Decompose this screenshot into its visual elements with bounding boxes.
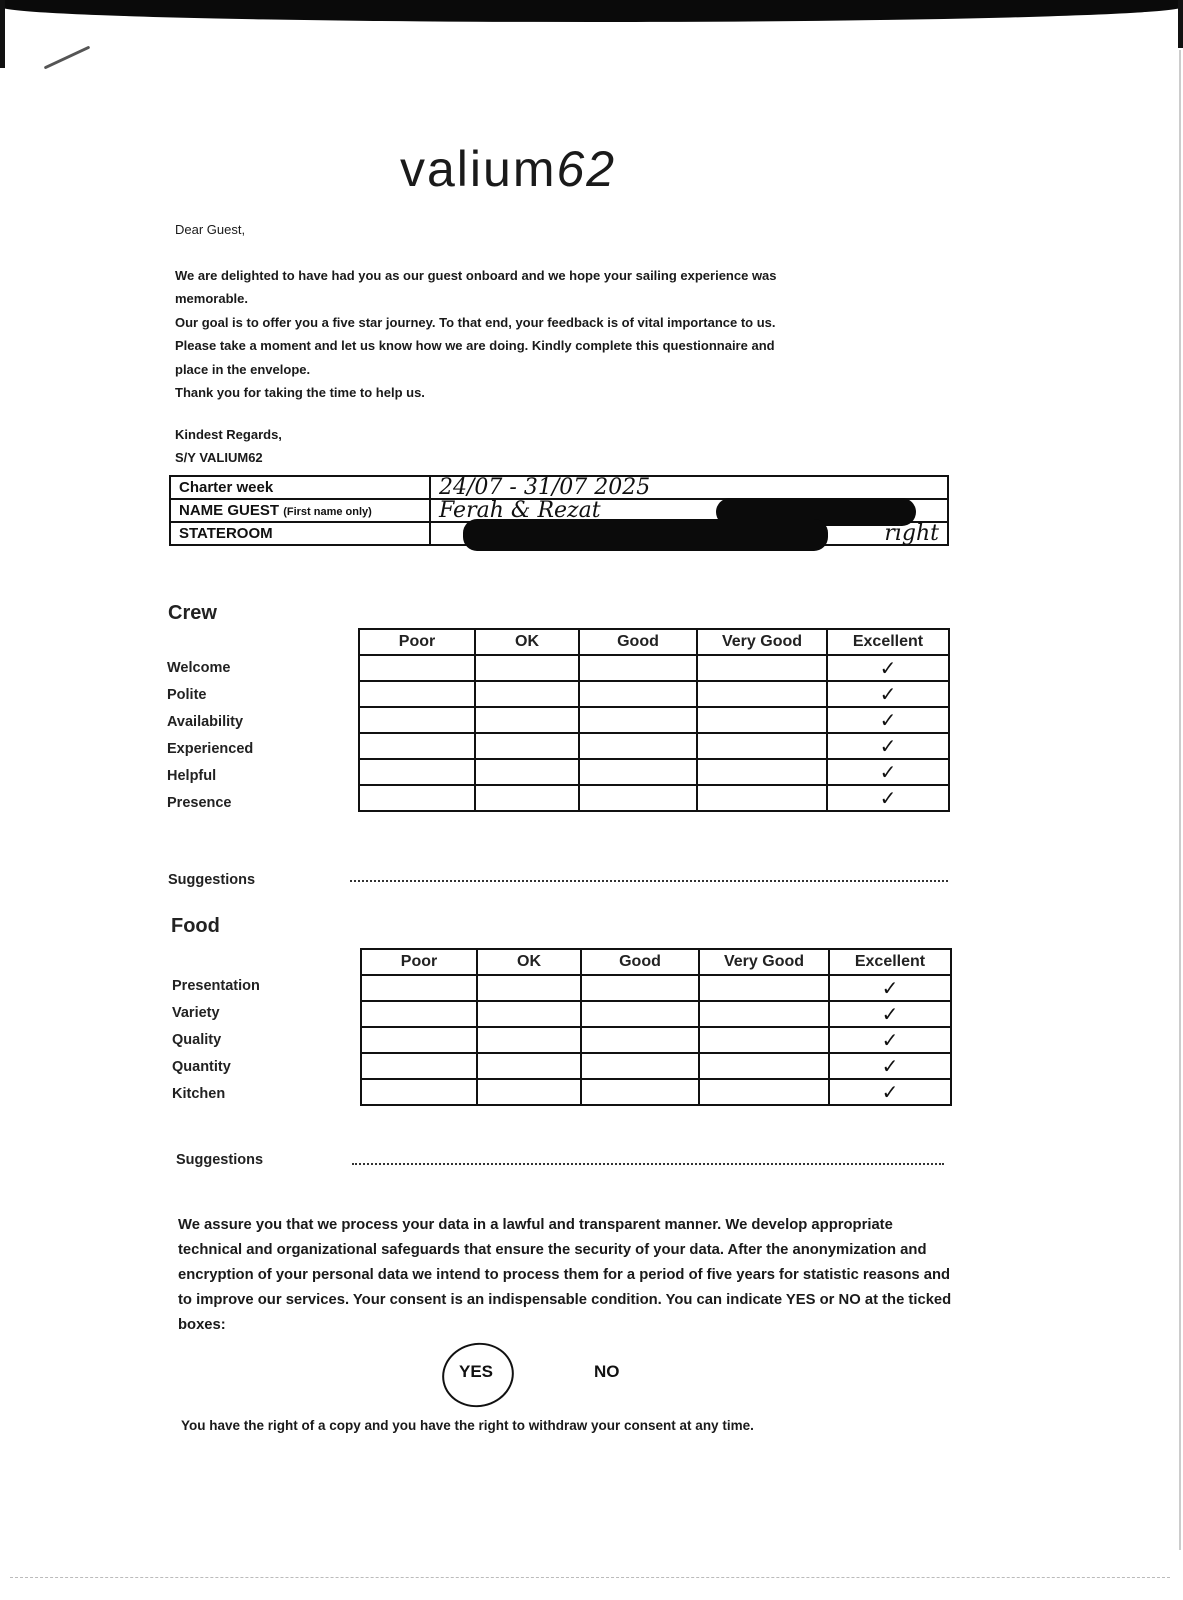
crew-rating-row: ✓ xyxy=(359,785,949,811)
food-rating-cell-ok[interactable] xyxy=(477,975,581,1001)
checkmark-icon: ✓ xyxy=(882,1080,899,1104)
food-rating-cell-poor[interactable] xyxy=(361,1001,477,1027)
stateroom-field[interactable]: right xyxy=(430,522,948,545)
col-good: Good xyxy=(581,949,699,975)
letter-line: memorable. xyxy=(175,287,915,311)
col-poor: Poor xyxy=(361,949,477,975)
crew-rating-cell-very-good[interactable] xyxy=(697,759,827,785)
food-rating-cell-good[interactable] xyxy=(581,1053,699,1079)
checkmark-icon: ✓ xyxy=(880,734,897,758)
checkmark-icon: ✓ xyxy=(880,656,897,680)
logo-text: valium xyxy=(400,141,556,197)
food-rating-cell-very-good[interactable] xyxy=(699,1079,829,1105)
letter-line: Our goal is to offer you a five star jou… xyxy=(175,311,915,335)
food-rating-row: ✓ xyxy=(361,1053,951,1079)
food-section-title: Food xyxy=(171,915,220,938)
crew-rating-cell-very-good[interactable] xyxy=(697,733,827,759)
checkmark-icon: ✓ xyxy=(882,1028,899,1052)
crew-rating-table: Poor OK Good Very Good Excellent ✓✓✓✓✓✓ xyxy=(358,628,950,812)
crew-rating-cell-excellent[interactable]: ✓ xyxy=(827,681,949,707)
col-excellent: Excellent xyxy=(829,949,951,975)
scan-edge-left xyxy=(0,0,5,68)
food-rating-cell-very-good[interactable] xyxy=(699,1053,829,1079)
food-rating-cell-ok[interactable] xyxy=(477,1027,581,1053)
col-good: Good xyxy=(579,629,697,655)
brand-logo: valium62 xyxy=(400,140,690,198)
crew-rating-cell-poor[interactable] xyxy=(359,681,475,707)
food-label: Variety xyxy=(172,1000,260,1027)
food-rating-row: ✓ xyxy=(361,1001,951,1027)
crew-suggestions-field[interactable] xyxy=(350,880,948,882)
col-very-good: Very Good xyxy=(697,629,827,655)
checkmark-icon: ✓ xyxy=(882,1054,899,1078)
food-rating-table: Poor OK Good Very Good Excellent ✓✓✓✓✓ xyxy=(360,948,952,1106)
crew-rating-cell-excellent[interactable]: ✓ xyxy=(827,785,949,811)
crew-rating-row: ✓ xyxy=(359,759,949,785)
crew-rating-cell-excellent[interactable]: ✓ xyxy=(827,733,949,759)
signature: S/Y VALIUM62 xyxy=(175,446,915,470)
food-label: Presentation xyxy=(172,973,260,1000)
crew-rating-row: ✓ xyxy=(359,707,949,733)
crew-rating-cell-ok[interactable] xyxy=(475,759,579,785)
checkmark-icon: ✓ xyxy=(882,1002,899,1026)
crew-rating-cell-very-good[interactable] xyxy=(697,681,827,707)
food-rating-cell-excellent[interactable]: ✓ xyxy=(829,1027,951,1053)
col-ok: OK xyxy=(475,629,579,655)
food-suggestions-label: Suggestions xyxy=(176,1152,263,1168)
food-rating-cell-poor[interactable] xyxy=(361,1053,477,1079)
charter-week-field[interactable]: 24/07 - 31/07 2025 xyxy=(430,476,948,499)
logo-suffix: 62 xyxy=(556,141,616,197)
crew-rating-cell-good[interactable] xyxy=(579,785,697,811)
checkmark-icon: ✓ xyxy=(880,786,897,810)
food-rating-cell-excellent[interactable]: ✓ xyxy=(829,1079,951,1105)
crew-rating-cell-ok[interactable] xyxy=(475,733,579,759)
food-suggestions-field[interactable] xyxy=(352,1163,944,1165)
guest-info-table: Charter week 24/07 - 31/07 2025 NAME GUE… xyxy=(169,475,949,546)
food-rating-cell-poor[interactable] xyxy=(361,1079,477,1105)
crew-rating-cell-ok[interactable] xyxy=(475,681,579,707)
food-rating-cell-good[interactable] xyxy=(581,1001,699,1027)
crew-rating-cell-ok[interactable] xyxy=(475,785,579,811)
crew-label: Availability xyxy=(167,709,253,736)
name-guest-label: NAME GUEST (First name only) xyxy=(170,499,430,522)
food-rating-cell-very-good[interactable] xyxy=(699,1027,829,1053)
crew-rating-cell-good[interactable] xyxy=(579,733,697,759)
food-rating-row: ✓ xyxy=(361,1027,951,1053)
crew-suggestions-label: Suggestions xyxy=(168,872,255,888)
closing: Kindest Regards, xyxy=(175,423,915,447)
food-rating-cell-poor[interactable] xyxy=(361,1027,477,1053)
food-rating-cell-ok[interactable] xyxy=(477,1053,581,1079)
food-label: Kitchen xyxy=(172,1081,260,1108)
food-rating-cell-excellent[interactable]: ✓ xyxy=(829,1053,951,1079)
crew-rating-cell-poor[interactable] xyxy=(359,707,475,733)
crew-rating-cell-good[interactable] xyxy=(579,681,697,707)
stateroom-label: STATEROOM xyxy=(170,522,430,545)
stateroom-value: right xyxy=(884,521,939,546)
crew-rating-cell-good[interactable] xyxy=(579,759,697,785)
food-label: Quality xyxy=(172,1027,260,1054)
name-guest-note: (First name only) xyxy=(283,506,372,518)
crew-rating-cell-ok[interactable] xyxy=(475,655,579,681)
crew-section-title: Crew xyxy=(168,602,217,625)
food-rating-cell-good[interactable] xyxy=(581,975,699,1001)
col-ok: OK xyxy=(477,949,581,975)
crew-rating-cell-very-good[interactable] xyxy=(697,707,827,733)
salutation: Dear Guest, xyxy=(175,218,915,242)
pen-mark xyxy=(44,46,91,70)
redaction-mark xyxy=(463,519,828,551)
crew-rating-row: ✓ xyxy=(359,733,949,759)
intro-letter: Dear Guest, We are delighted to have had… xyxy=(175,218,915,470)
food-rating-cell-ok[interactable] xyxy=(477,1079,581,1105)
crew-rating-row: ✓ xyxy=(359,655,949,681)
crew-label: Polite xyxy=(167,682,253,709)
food-label: Quantity xyxy=(172,1054,260,1081)
col-poor: Poor xyxy=(359,629,475,655)
crew-label: Welcome xyxy=(167,655,253,682)
crew-rating-cell-excellent[interactable]: ✓ xyxy=(827,707,949,733)
crew-rating-cell-good[interactable] xyxy=(579,655,697,681)
food-rating-cell-good[interactable] xyxy=(581,1027,699,1053)
crew-rating-cell-poor[interactable] xyxy=(359,759,475,785)
crew-rating-cell-poor[interactable] xyxy=(359,785,475,811)
crew-rating-cell-poor[interactable] xyxy=(359,655,475,681)
crew-rating-cell-excellent[interactable]: ✓ xyxy=(827,759,949,785)
letter-line: place in the envelope. xyxy=(175,358,915,382)
crew-label: Experienced xyxy=(167,736,253,763)
rights-notice: You have the right of a copy and you hav… xyxy=(181,1418,754,1433)
checkmark-icon: ✓ xyxy=(880,760,897,784)
checkmark-icon: ✓ xyxy=(880,682,897,706)
col-very-good: Very Good xyxy=(699,949,829,975)
food-rating-row: ✓ xyxy=(361,1079,951,1105)
crew-rating-cell-excellent[interactable]: ✓ xyxy=(827,655,949,681)
crew-rating-cell-very-good[interactable] xyxy=(697,785,827,811)
food-rating-cell-poor[interactable] xyxy=(361,975,477,1001)
crew-label: Helpful xyxy=(167,763,253,790)
col-excellent: Excellent xyxy=(827,629,949,655)
food-rating-cell-excellent[interactable]: ✓ xyxy=(829,975,951,1001)
name-guest-label-text: NAME GUEST xyxy=(179,502,279,519)
letter-line: We are delighted to have had you as our … xyxy=(175,264,915,288)
food-rating-row: ✓ xyxy=(361,975,951,1001)
checkmark-icon: ✓ xyxy=(882,976,899,1000)
crew-label: Presence xyxy=(167,790,253,817)
scan-edge-right xyxy=(1178,0,1183,48)
food-rating-cell-very-good[interactable] xyxy=(699,1001,829,1027)
consent-yes-option[interactable]: YES xyxy=(459,1362,493,1382)
letter-line: Please take a moment and let us know how… xyxy=(175,334,915,358)
charter-week-label: Charter week xyxy=(170,476,430,499)
consent-text: We assure you that we process your data … xyxy=(178,1213,958,1338)
crew-rating-row: ✓ xyxy=(359,681,949,707)
food-rating-cell-very-good[interactable] xyxy=(699,975,829,1001)
food-rating-cell-excellent[interactable]: ✓ xyxy=(829,1001,951,1027)
food-rating-cell-good[interactable] xyxy=(581,1079,699,1105)
crew-rating-cell-poor[interactable] xyxy=(359,733,475,759)
crew-row-labels: Welcome Polite Availability Experienced … xyxy=(167,655,253,817)
scan-shadow-top xyxy=(0,0,1183,22)
consent-no-option[interactable]: NO xyxy=(594,1362,620,1382)
scan-bottom-line xyxy=(10,1577,1170,1578)
food-row-labels: Presentation Variety Quality Quantity Ki… xyxy=(172,973,260,1108)
scan-edge-line xyxy=(1179,50,1181,1550)
food-rating-cell-ok[interactable] xyxy=(477,1001,581,1027)
crew-rating-cell-very-good[interactable] xyxy=(697,655,827,681)
checkmark-icon: ✓ xyxy=(880,708,897,732)
letter-line: Thank you for taking the time to help us… xyxy=(175,381,915,405)
crew-rating-cell-good[interactable] xyxy=(579,707,697,733)
crew-rating-cell-ok[interactable] xyxy=(475,707,579,733)
